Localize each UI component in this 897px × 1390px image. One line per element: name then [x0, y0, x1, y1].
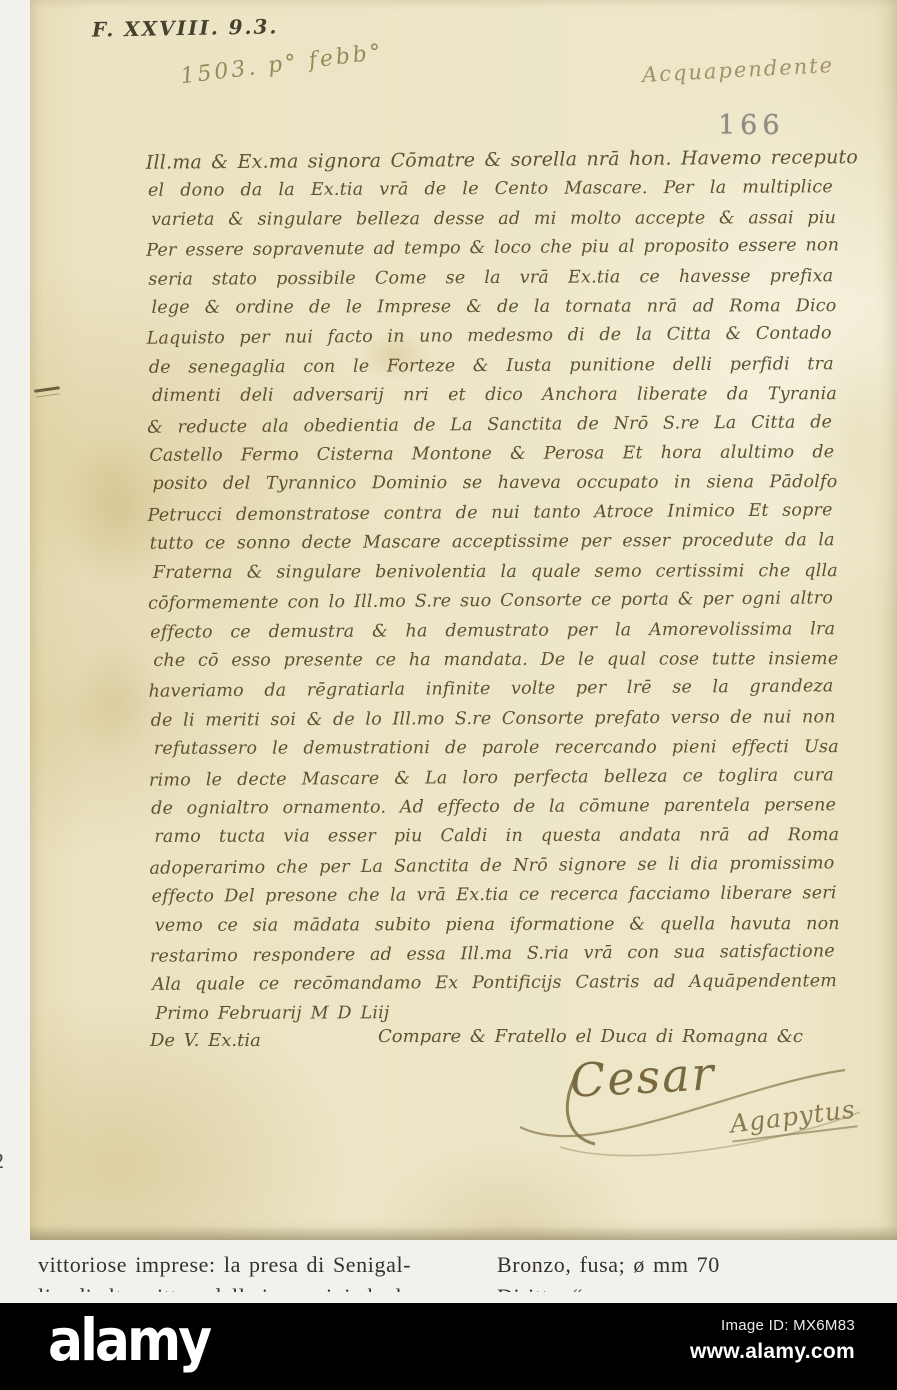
- letter-line: de senegaglia con le Forteze & Iusta pun…: [149, 350, 834, 383]
- letter-line: varieta & singulare belleza desse ad mi …: [151, 204, 836, 235]
- caption-left-line2-clipped: lia, di altre citta e delle immagini che…: [38, 1284, 468, 1292]
- caption-right-column: Bronzo, fusa; ø mm 70 Diritto: “: [497, 1252, 887, 1292]
- letter-line: Castello Fermo Cisterna Montone & Perosa…: [149, 438, 834, 471]
- letter-line: dimenti deli adversarij nri et dico Anch…: [152, 380, 837, 411]
- image-id-label: Image ID: MX6M83: [690, 1317, 855, 1334]
- letter-line: ramo tucta via esser piu Caldi in questa…: [154, 821, 839, 852]
- letter-line: Fraterna & singulare benivolentia la qua…: [153, 557, 838, 588]
- caption-right-line2-clipped: Diritto: “: [497, 1284, 887, 1292]
- caption-left-line1: vittoriose imprese: la presa di Senigal-: [38, 1252, 468, 1278]
- signature-cesar: Cesar: [569, 1046, 717, 1108]
- letter-line: Ala quale ce recōmandamo Ex Pontificijs …: [152, 968, 837, 1001]
- letter-line: de li meriti soi & de lo Ill.mo S.re Con…: [151, 703, 836, 736]
- caption-right-line1: Bronzo, fusa; ø mm 70: [497, 1252, 887, 1278]
- letter-line: lege & ordine de le Imprese & de la torn…: [151, 292, 836, 323]
- alamy-logo: alamy: [48, 1307, 209, 1374]
- letter-photo: F. XXVIII. 9.3. 1503. p° febb° Acquapend…: [30, 0, 897, 1240]
- letter-line: Laquisto per nui facto in uno medesmo di…: [147, 320, 832, 355]
- margin-ink-mark: [34, 386, 60, 393]
- watermark-info: Image ID: MX6M83 www.alamy.com: [690, 1317, 855, 1364]
- letter-line: che cō esso presente ce ha mandata. De l…: [153, 645, 838, 676]
- archive-shelfmark: F. XXVIII. 9.3.: [92, 14, 279, 41]
- letter-line: effecto Del presone che la vrā Ex.tia ce…: [152, 879, 837, 912]
- caption-left-column: vittoriose imprese: la presa di Senigal-…: [38, 1252, 468, 1292]
- archive-stamp-number: 166: [718, 110, 785, 141]
- letter-line: refutassero le demustrationi de parole r…: [154, 733, 839, 764]
- scanned-page: F. XXVIII. 9.3. 1503. p° febb° Acquapend…: [0, 0, 897, 1390]
- letter-line: el dono da la Ex.tia vrā de le Cento Mas…: [148, 174, 833, 207]
- date-annotation: 1503. p° febb°: [179, 40, 385, 90]
- letter-line: effecto ce demustra & ha demustrato per …: [150, 615, 835, 648]
- letter-line: haveriamo da rēgratiarla infinite volte …: [148, 673, 833, 708]
- letter-line: de ognialtro ornamento. Ad effecto de la…: [151, 791, 836, 824]
- valediction-sender: De V. Ex.tia: [150, 1030, 261, 1051]
- letter-line: restarimo respondere ad essa Ill.ma S.ri…: [150, 937, 835, 972]
- paper-stain: [70, 640, 160, 760]
- letter-line: Ill.ma & Ex.ma signora Cōmatre & sorella…: [146, 143, 831, 178]
- letter-body: Ill.ma & Ex.ma signora Cōmatre & sorella…: [148, 144, 838, 1030]
- letter-line: & reducte ala obedientia de La Sanctita …: [147, 408, 832, 443]
- letter-line: tutto ce sonno decte Mascare acceptissim…: [150, 526, 835, 559]
- letter-line: cōformemente con lo Ill.mo S.re suo Cons…: [148, 584, 833, 619]
- letter-line: vemo ce sia mādata subito piena iformati…: [155, 910, 840, 941]
- letter-line: seria stato possibile Come se la vrā Ex.…: [148, 262, 833, 295]
- printed-caption: vittoriose imprese: la presa di Senigal-…: [0, 1252, 897, 1303]
- letter-line: Petrucci demonstratose contra de nui tan…: [148, 496, 833, 531]
- letter-line: posito del Tyrannico Dominio se haveva o…: [152, 469, 837, 500]
- place-annotation: Acquapendente: [642, 53, 835, 87]
- letter-line: Per essere sopravenute ad tempo & loco c…: [146, 232, 831, 267]
- alamy-url: www.alamy.com: [690, 1340, 855, 1364]
- letter-line: adoperarimo che per La Sanctita de Nrō s…: [149, 849, 834, 884]
- letter-line: Primo Februarij M D Liij: [155, 998, 840, 1029]
- watermark-bar: alamy Image ID: MX6M83 www.alamy.com: [0, 1303, 897, 1390]
- page-number-fragment: 2: [0, 1148, 4, 1174]
- letter-line: rimo le decte Mascare & La loro perfecta…: [149, 761, 834, 796]
